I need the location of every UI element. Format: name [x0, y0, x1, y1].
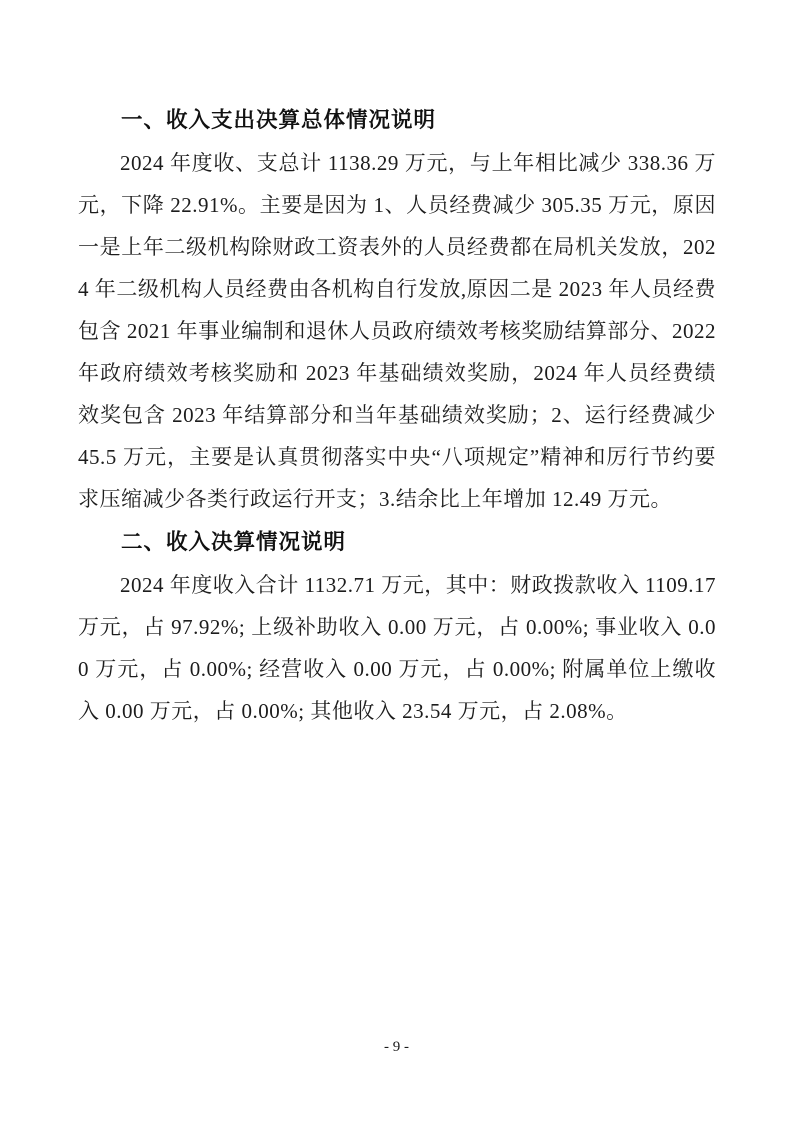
section-heading-income-statement: 二、收入决算情况说明	[78, 520, 716, 564]
paragraph-income-statement: 2024 年度收入合计 1132.71 万元，其中：财政拨款收入 1109.17…	[78, 564, 716, 732]
section-heading-overall-statement: 一、收入支出决算总体情况说明	[78, 98, 716, 142]
page-number: - 9 -	[0, 1038, 793, 1056]
paragraph-overall-statement: 2024 年度收、支总计 1138.29 万元，与上年相比减少 338.36 万…	[78, 142, 716, 520]
document-page: 一、收入支出决算总体情况说明 2024 年度收、支总计 1138.29 万元，与…	[0, 0, 793, 1122]
